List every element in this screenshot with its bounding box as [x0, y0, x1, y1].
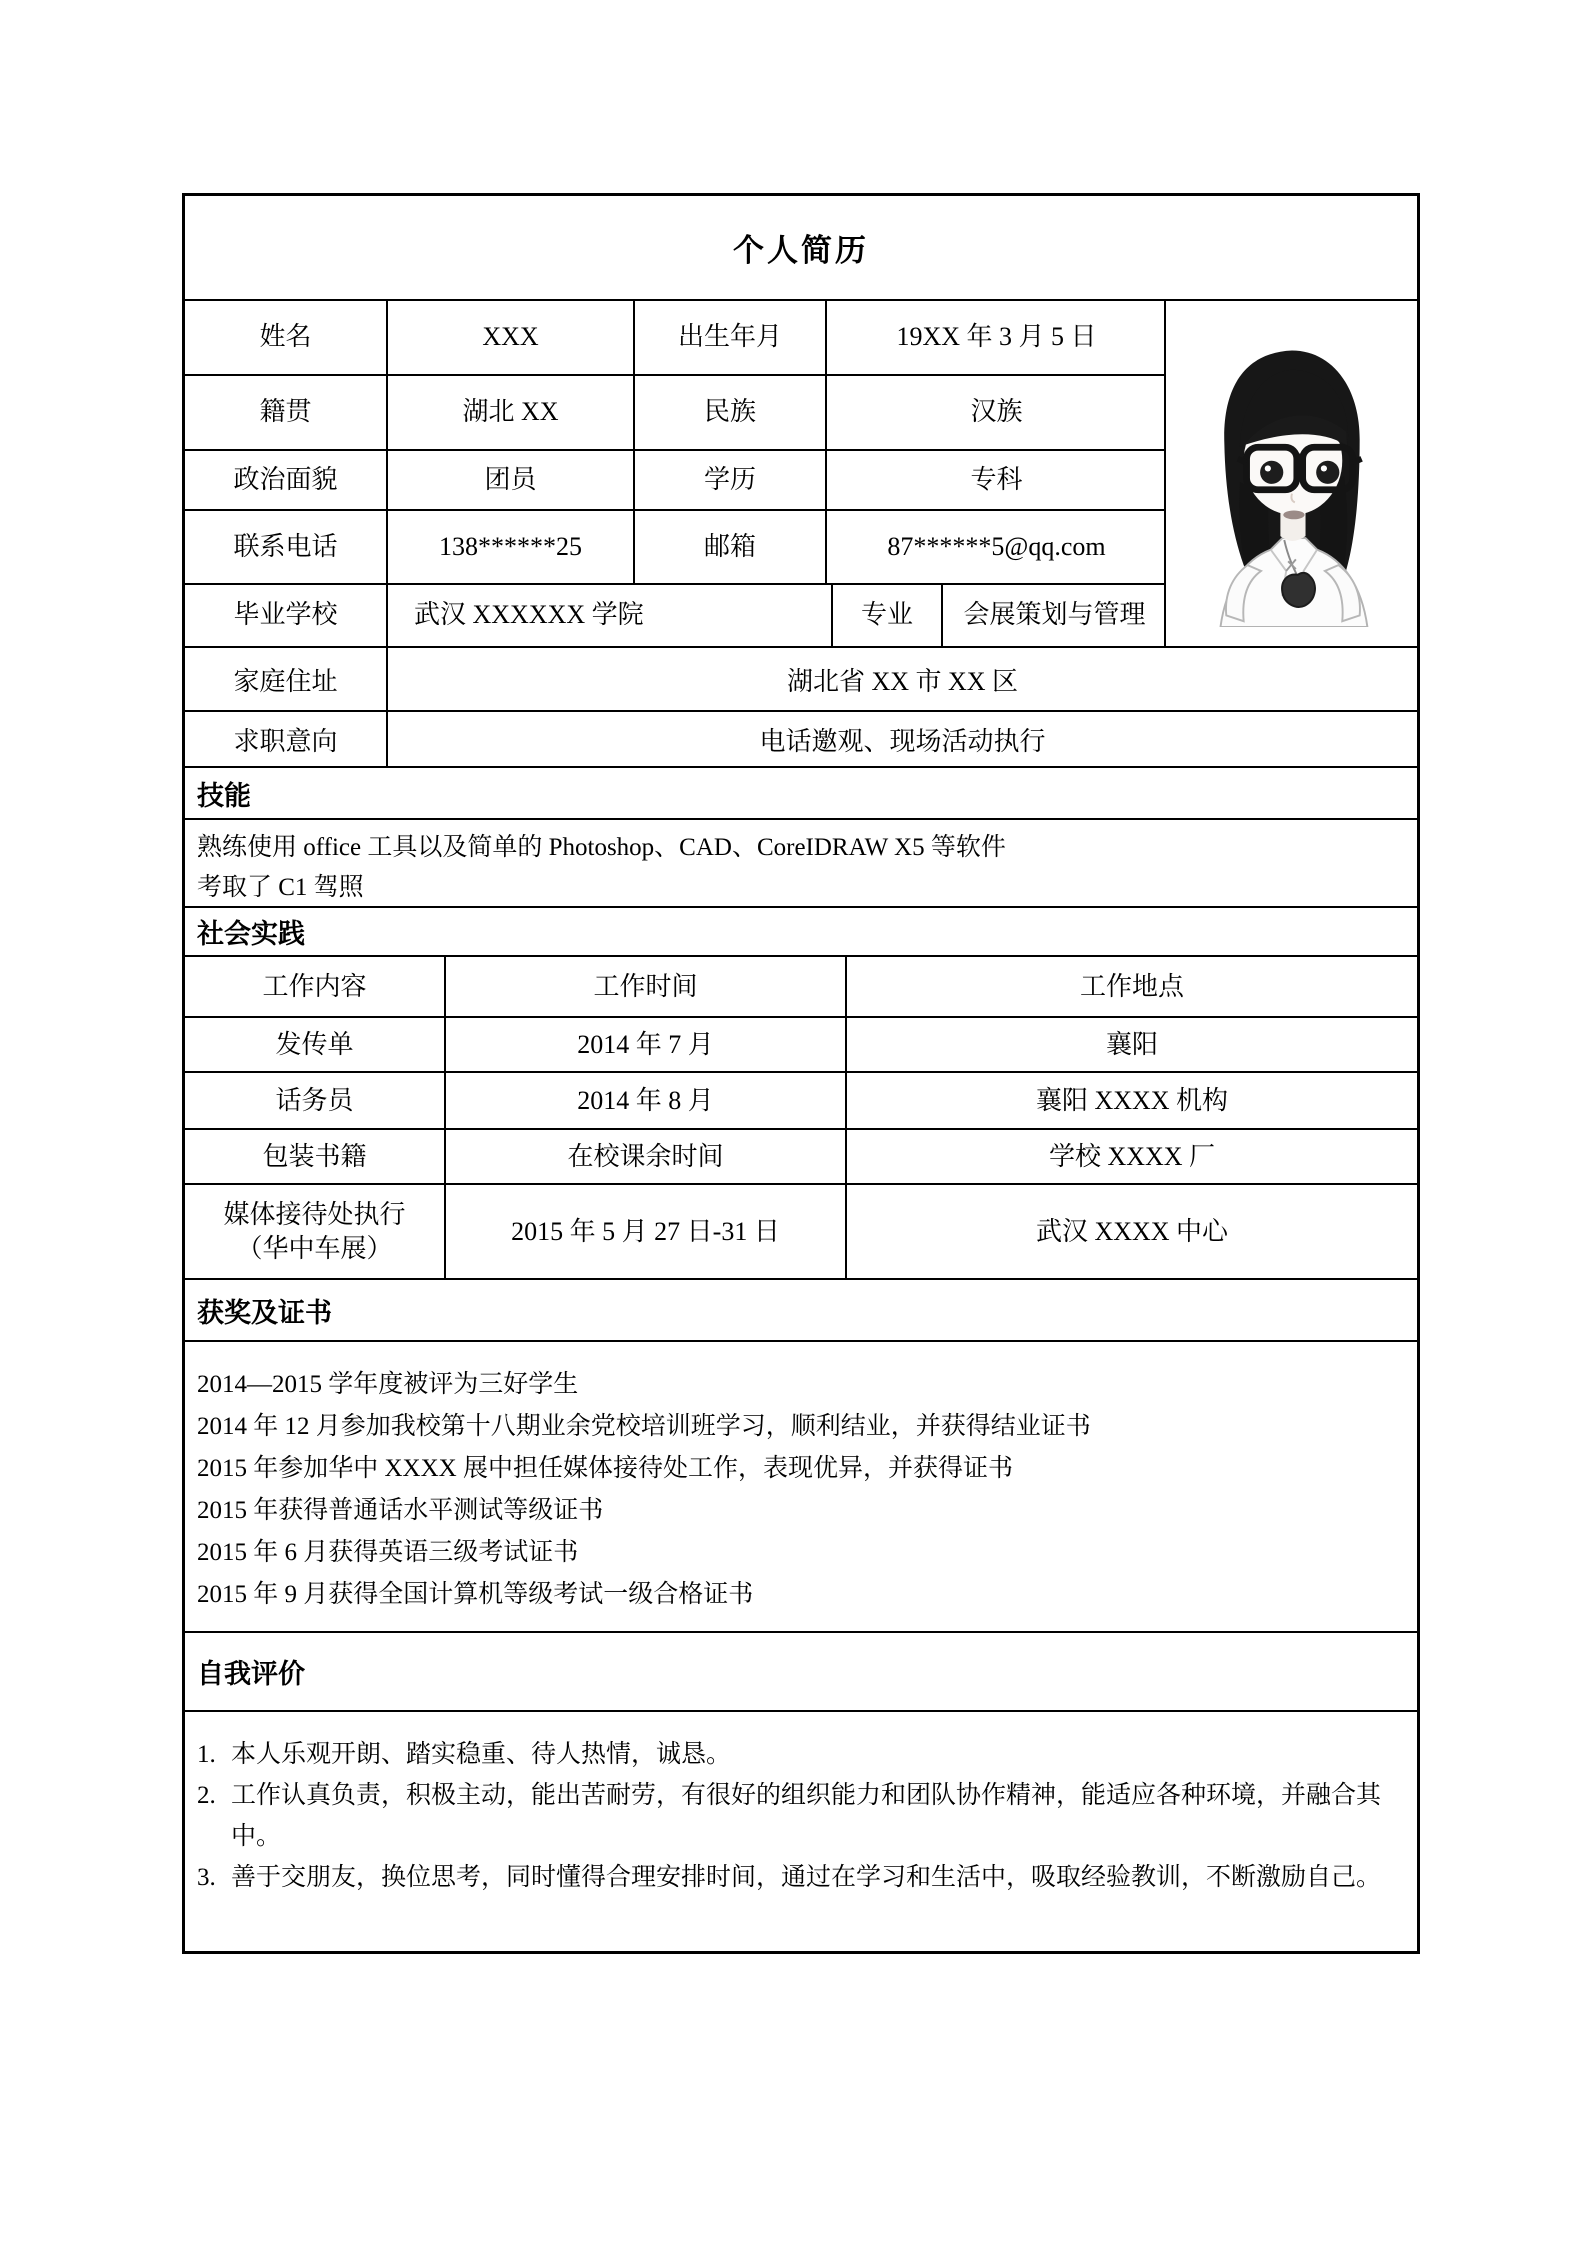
awards-section-header: 获奖及证书 [185, 1280, 1417, 1342]
award-line: 2015 年获得普通话水平测试等级证书 [197, 1490, 1403, 1532]
item-number: 2. [197, 1775, 231, 1816]
email-label: 邮箱 [635, 511, 827, 585]
objective-label: 求职意向 [185, 712, 388, 768]
address-label: 家庭住址 [185, 648, 388, 712]
practice-content: 包装书籍 [185, 1130, 446, 1185]
origin-value: 湖北 XX [388, 376, 635, 451]
item-text: 善于交朋友，换位思考，同时懂得合理安排时间，通过在学习和生活中，吸取经验教训，不… [231, 1864, 1381, 1891]
major-label: 专业 [833, 585, 943, 648]
practice-time: 2014 年 7 月 [446, 1018, 847, 1073]
education-label: 学历 [635, 451, 827, 511]
major-value: 会展策划与管理 [943, 585, 1166, 648]
email-value: 87******5@qq.com [827, 511, 1166, 585]
item-text: 本人乐观开朗、踏实稳重、待人热情，诚恳。 [231, 1741, 731, 1768]
awards-content: 2014—2015 学年度被评为三好学生 2014 年 12 月参加我校第十八期… [185, 1342, 1417, 1633]
political-status-label: 政治面貌 [185, 451, 388, 511]
practice-content-line1: 媒体接待处执行 [223, 1198, 405, 1232]
skills-section-header: 技能 [185, 768, 1417, 820]
practice-content: 话务员 [185, 1073, 446, 1130]
practice-col-place: 工作地点 [847, 957, 1417, 1018]
award-line: 2015 年 9 月获得全国计算机等级考试一级合格证书 [197, 1574, 1403, 1616]
skills-line: 熟练使用 office 工具以及简单的 Photoshop、CAD、CoreID… [197, 828, 1403, 868]
practice-col-content: 工作内容 [185, 957, 446, 1018]
resume-table: 个人简历 姓名 XXX 出生年月 19XX 年 3 月 5 日 籍贯 湖北 XX… [182, 193, 1420, 1954]
practice-table: 工作内容 工作时间 工作地点 发传单 2014 年 7 月 襄阳 话务员 201… [185, 957, 1417, 1280]
award-line: 2014 年 12 月参加我校第十八期业余党校培训班学习，顺利结业，并获得结业证… [197, 1406, 1403, 1448]
school-value: 武汉 XXXXXX 学院 [388, 585, 833, 648]
self-evaluation-item: 2.工作认真负责，积极主动，能出苦耐劳，有很好的组织能力和团队协作精神，能适应各… [197, 1775, 1403, 1857]
practice-place: 襄阳 XXXX 机构 [847, 1073, 1417, 1130]
award-line: 2015 年 6 月获得英语三级考试证书 [197, 1532, 1403, 1574]
phone-label: 联系电话 [185, 511, 388, 585]
skills-content: 熟练使用 office 工具以及简单的 Photoshop、CAD、CoreID… [185, 820, 1417, 908]
ethnicity-value: 汉族 [827, 376, 1166, 451]
address-row: 家庭住址 湖北省 XX 市 XX 区 [185, 648, 1417, 712]
practice-col-time: 工作时间 [446, 957, 847, 1018]
self-evaluation-item: 1.本人乐观开朗、踏实稳重、待人热情，诚恳。 [197, 1734, 1403, 1775]
objective-value: 电话邀观、现场活动执行 [388, 712, 1417, 768]
self-evaluation-section-header: 自我评价 [185, 1633, 1417, 1712]
practice-row: 包装书籍 在校课余时间 学校 XXXX 厂 [185, 1130, 1417, 1185]
name-label: 姓名 [185, 301, 388, 376]
photo-cell [1164, 301, 1417, 648]
practice-time: 2014 年 8 月 [446, 1073, 847, 1130]
practice-time: 2015 年 5 月 27 日-31 日 [446, 1185, 847, 1280]
practice-place: 武汉 XXXX 中心 [847, 1185, 1417, 1280]
name-value: XXX [388, 301, 635, 376]
address-value: 湖北省 XX 市 XX 区 [388, 648, 1417, 712]
skills-line: 考取了 C1 驾照 [197, 868, 1403, 908]
practice-row: 媒体接待处执行 （华中车展） 2015 年 5 月 27 日-31 日 武汉 X… [185, 1185, 1417, 1280]
birthdate-value: 19XX 年 3 月 5 日 [827, 301, 1166, 376]
practice-place: 学校 XXXX 厂 [847, 1130, 1417, 1185]
practice-section-header: 社会实践 [185, 908, 1417, 957]
practice-content: 发传单 [185, 1018, 446, 1073]
practice-row: 发传单 2014 年 7 月 襄阳 [185, 1018, 1417, 1073]
self-evaluation-content: 1.本人乐观开朗、踏实稳重、待人热情，诚恳。 2.工作认真负责，积极主动，能出苦… [185, 1712, 1417, 1898]
practice-place: 襄阳 [847, 1018, 1417, 1073]
item-text: 工作认真负责，积极主动，能出苦耐劳，有很好的组织能力和团队协作精神，能适应各种环… [231, 1782, 1381, 1850]
item-number: 1. [197, 1734, 231, 1775]
self-evaluation-item: 3.善于交朋友，换位思考，同时懂得合理安排时间，通过在学习和生活中，吸取经验教训… [197, 1857, 1403, 1898]
profile-photo-cartoon-girl [1184, 337, 1400, 627]
page-title: 个人简历 [185, 196, 1417, 301]
school-label: 毕业学校 [185, 585, 388, 648]
practice-content: 媒体接待处执行 （华中车展） [185, 1185, 446, 1280]
education-value: 专科 [827, 451, 1166, 511]
political-status-value: 团员 [388, 451, 635, 511]
basic-info-section: 姓名 XXX 出生年月 19XX 年 3 月 5 日 籍贯 湖北 XX 民族 汉… [185, 301, 1417, 648]
award-line: 2014—2015 学年度被评为三好学生 [197, 1364, 1403, 1406]
objective-row: 求职意向 电话邀观、现场活动执行 [185, 712, 1417, 768]
item-number: 3. [197, 1857, 231, 1898]
origin-label: 籍贯 [185, 376, 388, 451]
resume-page: { "colors": { "border": "#000000", "text… [0, 0, 1587, 2245]
award-line: 2015 年参加华中 XXXX 展中担任媒体接待处工作，表现优异，并获得证书 [197, 1448, 1403, 1490]
practice-row: 话务员 2014 年 8 月 襄阳 XXXX 机构 [185, 1073, 1417, 1130]
ethnicity-label: 民族 [635, 376, 827, 451]
phone-value: 138******25 [388, 511, 635, 585]
practice-content-line2: （华中车展） [223, 1232, 405, 1266]
practice-header-row: 工作内容 工作时间 工作地点 [185, 957, 1417, 1018]
practice-time: 在校课余时间 [446, 1130, 847, 1185]
birthdate-label: 出生年月 [635, 301, 827, 376]
